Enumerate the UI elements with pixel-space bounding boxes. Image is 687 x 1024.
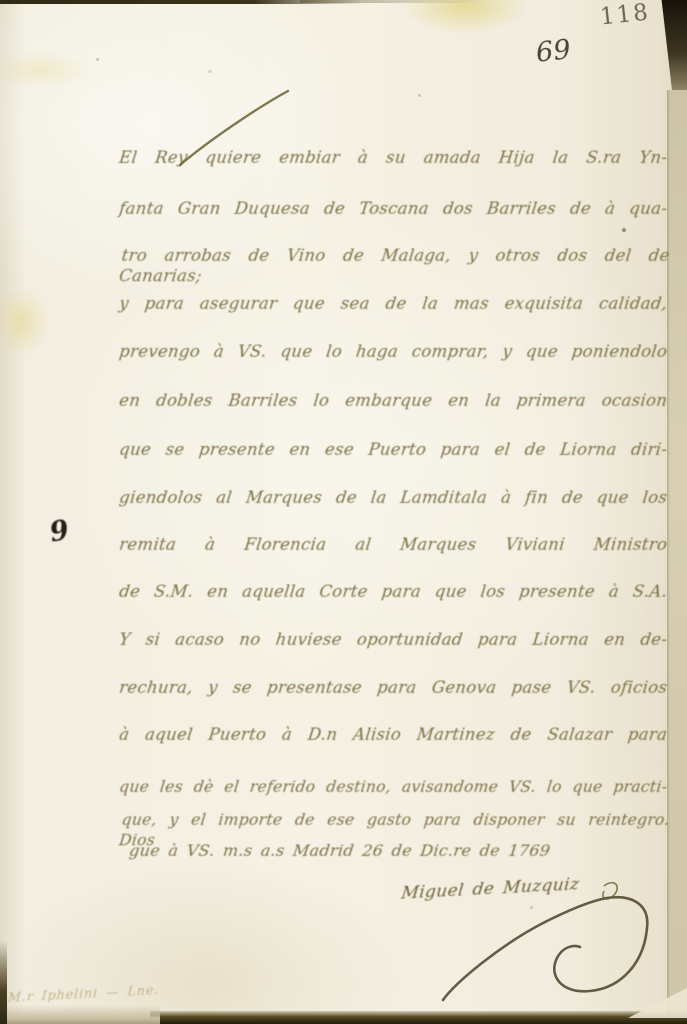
bottom-page-edge — [150, 1011, 687, 1024]
signature: Miguel de Muzquiz — [400, 874, 580, 903]
manuscript-page: 118 69 9 El Rey quiere embiar à su amada… — [0, 0, 687, 1024]
manuscript-line: à aquel Puerto à D.n Alisio Martinez de … — [118, 725, 668, 745]
bottom-left-page-edge — [0, 1005, 160, 1024]
ink-speck — [530, 906, 533, 909]
manuscript-line: tro arrobas de Vino de Malaga, y otros d… — [118, 246, 671, 286]
ink-speck — [418, 94, 421, 97]
manuscript-line: que les dè el referido destino, avisando… — [118, 777, 668, 797]
manuscript-line: prevengo à VS. que lo haga comprar, y qu… — [118, 342, 668, 362]
folio-number: 118 — [599, 0, 651, 31]
ink-speck — [622, 228, 626, 232]
page-number: 69 — [534, 34, 572, 68]
manuscript-dateline: gue à VS. m.s a.s Madrid 26 de Dic.re de… — [128, 841, 551, 861]
manuscript-line: y para asegurar que sea de la mas exquis… — [118, 294, 668, 314]
manuscript-line: fanta Gran Duquesa de Toscana dos Barril… — [118, 199, 668, 219]
signature-rubric — [443, 897, 647, 1000]
margin-ink-mark: 9 — [47, 515, 71, 549]
manuscript-line: giendolos al Marques de la Lamditala à f… — [118, 488, 668, 508]
ink-speck — [96, 58, 99, 61]
signature-paraph — [603, 883, 617, 899]
manuscript-line: El Rey quiere embiar à su amada Hija la … — [118, 148, 668, 168]
right-page-edge — [667, 90, 687, 1024]
left-spine-edge — [0, 940, 7, 1024]
docket-line: M.r Iphelini — Lne. — [8, 982, 160, 1005]
ink-speck — [208, 70, 212, 73]
manuscript-line: que se presente en ese Puerto para el de… — [118, 440, 668, 460]
manuscript-line: de S.M. en aquella Corte para que los pr… — [118, 582, 668, 602]
manuscript-line: remita à Florencia al Marques Viviani Mi… — [118, 535, 668, 555]
manuscript-line: Y si acaso no huviese oportunidad para L… — [118, 630, 668, 650]
top-page-edge-faint — [300, 0, 490, 3]
manuscript-line: en dobles Barriles lo embarque en la pri… — [118, 391, 668, 411]
manuscript-line: rechura, y se presentase para Genova pas… — [118, 678, 668, 698]
